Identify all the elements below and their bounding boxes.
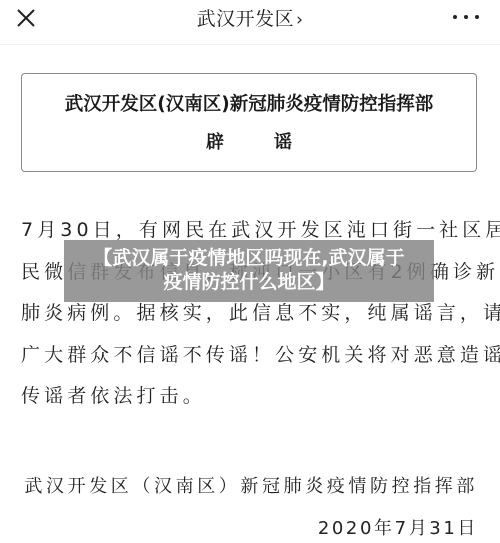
overlay-line-2: 疫情防控什么地区】	[64, 270, 434, 294]
signature-organization: 武汉开发区（汉南区）新冠肺炎疫情防控指挥部	[24, 472, 478, 498]
more-dot-icon	[475, 15, 479, 19]
caption-overlay: 【武汉属于疫情地区吗现在,武汉属于 疫情防控什么地区】	[64, 240, 434, 302]
signature-date: 2020年7月31日	[318, 514, 478, 540]
overlay-line-1: 【武汉属于疫情地区吗现在,武汉属于	[64, 246, 434, 270]
subheading-char-2: 谣	[274, 128, 292, 154]
document-heading: 武汉开发区(汉南区)新冠肺炎疫情防控指挥部	[22, 90, 476, 116]
page-title: 武汉开发区	[197, 8, 295, 30]
body-line: 广大群众不信谣不传谣！公安机关将对恶意造谣	[21, 335, 481, 377]
chevron-right-icon: ›	[296, 10, 303, 30]
body-line: 传谣者依法打击。	[21, 376, 481, 418]
more-dot-icon	[453, 15, 457, 19]
top-navigation-bar: 武汉开发区›	[0, 0, 500, 45]
more-options-button[interactable]	[453, 12, 479, 22]
account-title-link[interactable]: 武汉开发区›	[0, 4, 500, 31]
document-header-box: 武汉开发区(汉南区)新冠肺炎疫情防控指挥部 辟谣	[21, 73, 477, 172]
subheading-char-1: 辟	[206, 128, 224, 154]
document-subheading: 辟谣	[22, 128, 476, 154]
more-dot-icon	[464, 15, 468, 19]
